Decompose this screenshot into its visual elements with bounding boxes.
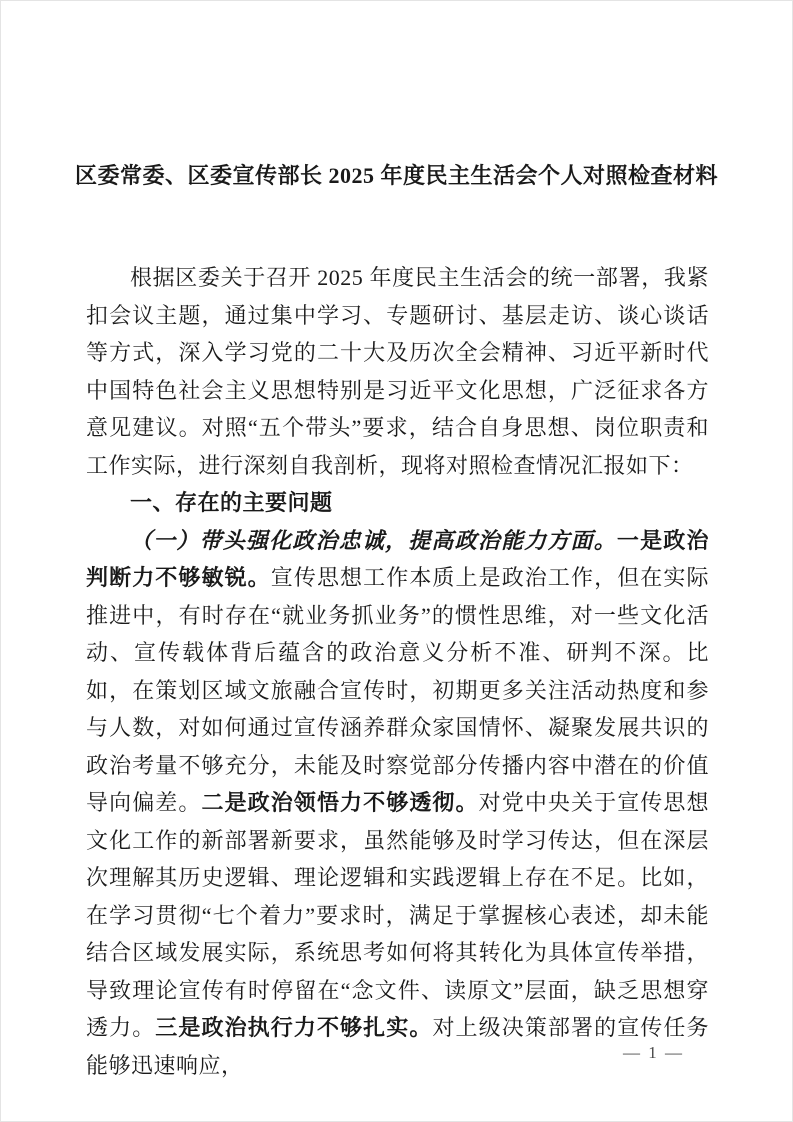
text-segment-bold: 二是政治领悟力不够透彻。 [201, 790, 478, 815]
text-segment-kaiti-bold: （一）带头强化政治忠诚，提高政治能力方面。 [130, 528, 617, 553]
document-title: 区委常委、区委宣传部长 2025 年度民主生活会个人对照检查材料 [61, 1, 732, 193]
text-segment-normal: 对党中央关于宣传思想文化工作的新部署新要求，虽然能够及时学习传达，但在深层次理解… [86, 790, 709, 1040]
document-body: 根据区委关于召开 2025 年度民主生活会的统一部署，我紧扣会议主题，通过集中学… [86, 193, 709, 1084]
document-page: 区委常委、区委宣传部长 2025 年度民主生活会个人对照检查材料 根据区委关于召… [0, 0, 793, 1122]
text-segment-normal: 宣传思想工作本质上是政治工作，但在实际推进中，有时存在“就业务抓业务”的惯性思维… [86, 565, 709, 815]
section-heading-main-problems: 一、存在的主要问题 [86, 484, 709, 522]
problem-paragraph-1: （一）带头强化政治忠诚，提高政治能力方面。一是政治判断力不够敏锐。宣传思想工作本… [86, 522, 709, 1085]
intro-paragraph: 根据区委关于召开 2025 年度民主生活会的统一部署，我紧扣会议主题，通过集中学… [86, 259, 709, 484]
text-segment-normal: 根据区委关于召开 2025 年度民主生活会的统一部署，我紧扣会议主题，通过集中学… [86, 265, 709, 478]
page-number: — 1 — [1, 1043, 792, 1063]
text-segment-bold: 三是政治执行力不够扎实。 [155, 1015, 432, 1040]
